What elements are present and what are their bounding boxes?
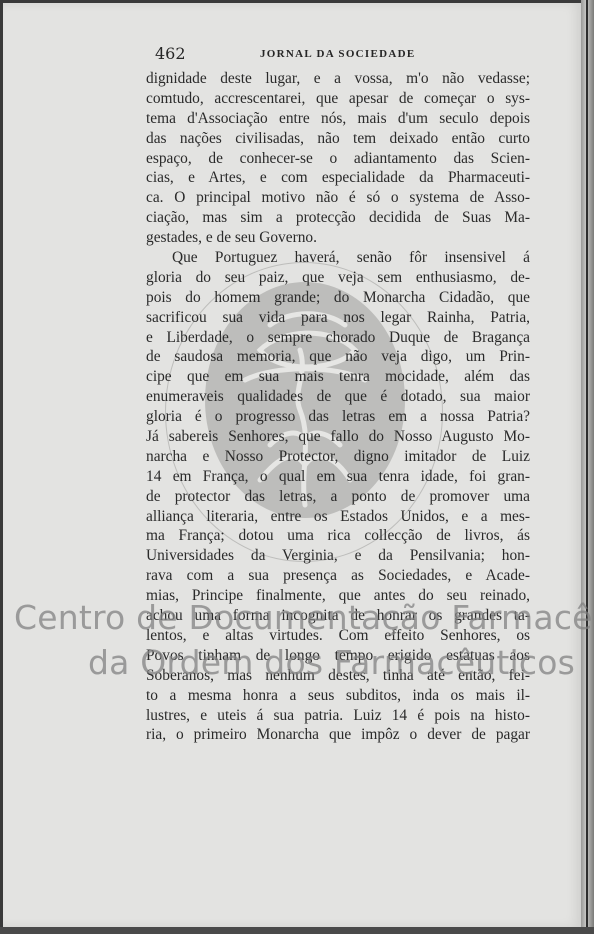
text-line: ciação, mas sim a protecção decidida de … bbox=[146, 208, 530, 228]
page-number: 462 bbox=[155, 44, 186, 63]
body-text: dignidade deste lugar, e a vossa, m'o nã… bbox=[146, 69, 530, 745]
paragraph-start-line: Que Portuguez haverá, senão fôr insensiv… bbox=[146, 248, 530, 268]
text-line: ca. O principal motivo não é só o system… bbox=[146, 188, 530, 208]
text-line: achou uma forma incognita de honrar os g… bbox=[146, 606, 530, 626]
text-line: narcha e Nosso Protector, digno imitador… bbox=[146, 447, 530, 467]
text-line: rava com a sua presença as Sociedades, e… bbox=[146, 566, 530, 586]
page-header: 462 JORNAL DA SOCIEDADE bbox=[155, 44, 535, 66]
text-line: das nações civilisadas, não tem deixado … bbox=[146, 129, 530, 149]
text-line: gloria é o progresso das letras em a nos… bbox=[146, 407, 530, 427]
page-binding-edge bbox=[586, 0, 588, 934]
page-bottom-edge bbox=[0, 927, 594, 934]
text-line: mias, Principe finalmente, que antes do … bbox=[146, 586, 530, 606]
text-line: cipe que em sua mais tenra mocidade, alé… bbox=[146, 367, 530, 387]
text-line: to a mesma honra a seus subditos, inda o… bbox=[146, 686, 530, 706]
running-title: JORNAL DA SOCIEDADE bbox=[260, 48, 416, 60]
text-line: gloria do seu paiz, que veja sem enthusi… bbox=[146, 268, 530, 288]
text-line: lustres, e uteis á sua patria. Luiz 14 é… bbox=[146, 706, 530, 726]
text-line: espaço, de conhecer-se o adiantamento da… bbox=[146, 149, 530, 169]
text-line: 14 em França, o qual em sua tenra idade,… bbox=[146, 467, 530, 487]
text-line: ria, o primeiro Monarcha que impôz o dev… bbox=[146, 725, 530, 745]
text-line: pois do homem grande; do Monarcha Cidadã… bbox=[146, 288, 530, 308]
text-line: dignidade deste lugar, e a vossa, m'o nã… bbox=[146, 69, 530, 89]
text-line: tema d'Associação entre nós, mais d'um s… bbox=[146, 109, 530, 129]
text-line: enumeraveis qualidades de que é dotado, … bbox=[146, 387, 530, 407]
text-line: de protector das letras, a ponto de prom… bbox=[146, 487, 530, 507]
text-line: gestades, e de seu Governo. bbox=[146, 228, 530, 248]
text-line: ma França; dotou uma rica collecção de l… bbox=[146, 526, 530, 546]
text-line: sacrificou sua vida para nos legar Rainh… bbox=[146, 308, 530, 328]
text-line: Universidades da Verginia, e da Pensilva… bbox=[146, 546, 530, 566]
text-line: e Liberdade, o sempre chorado Duque de B… bbox=[146, 328, 530, 348]
text-line: de saudosa memoria, que não veja digo, u… bbox=[146, 347, 530, 367]
text-line: cias, e Artes, e com especialidade da Ph… bbox=[146, 168, 530, 188]
text-line: Já sabereis Senhores, que fallo do Nosso… bbox=[146, 427, 530, 447]
text-line: lentos, e altas virtudes. Com effeito Se… bbox=[146, 626, 530, 646]
text-line: comtudo, accrescentarei, que apesar de c… bbox=[146, 89, 530, 109]
text-line: Soberanos, mas nenhum destes, tinha até … bbox=[146, 666, 530, 686]
text-line: alliança literaria, entre os Estados Uni… bbox=[146, 507, 530, 527]
text-line: Povos tinham de longo tempo erigido esta… bbox=[146, 646, 530, 666]
